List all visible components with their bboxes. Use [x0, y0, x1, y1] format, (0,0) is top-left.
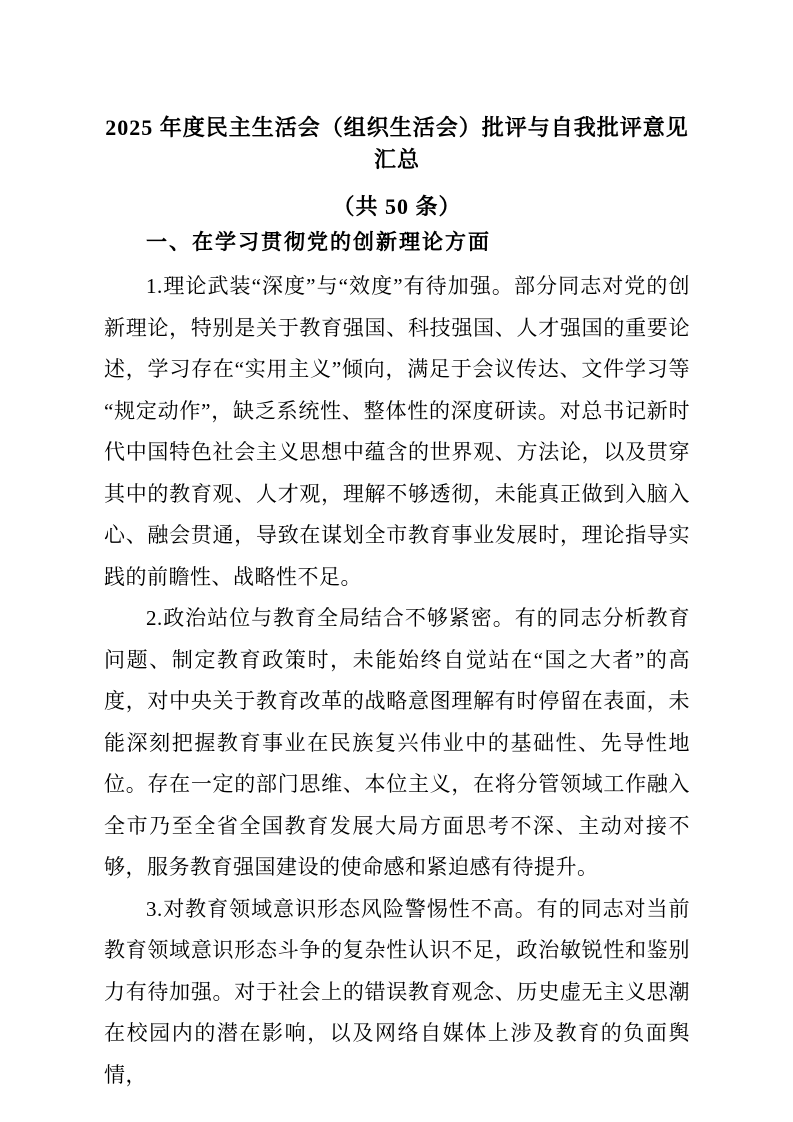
body-paragraph: 1.理论武装“深度”与“效度”有待加强。部分同志对党的创新理论，特别是关于教育强… [104, 266, 690, 598]
document-title-line-1: 2025 年度民主生活会（组织生活会）批评与自我批评意见汇总 [104, 112, 690, 176]
document-title-line-2: （共 50 条） [104, 191, 690, 223]
document-page: 2025 年度民主生活会（组织生活会）批评与自我批评意见汇总 （共 50 条） … [0, 0, 793, 1122]
document-content: 2025 年度民主生活会（组织生活会）批评与自我批评意见汇总 （共 50 条） … [0, 0, 793, 1122]
document-body: 1.理论武装“深度”与“效度”有待加强。部分同志对党的创新理论，特别是关于教育强… [104, 266, 690, 1096]
section-heading: 一、在学习贯彻党的创新理论方面 [104, 226, 690, 258]
body-paragraph: 3.对教育领域意识形态风险警惕性不高。有的同志对当前教育领域意识形态斗争的复杂性… [104, 889, 690, 1097]
body-paragraph: 2.政治站位与教育全局结合不够紧密。有的同志分析教育问题、制定教育政策时，未能始… [104, 598, 690, 889]
